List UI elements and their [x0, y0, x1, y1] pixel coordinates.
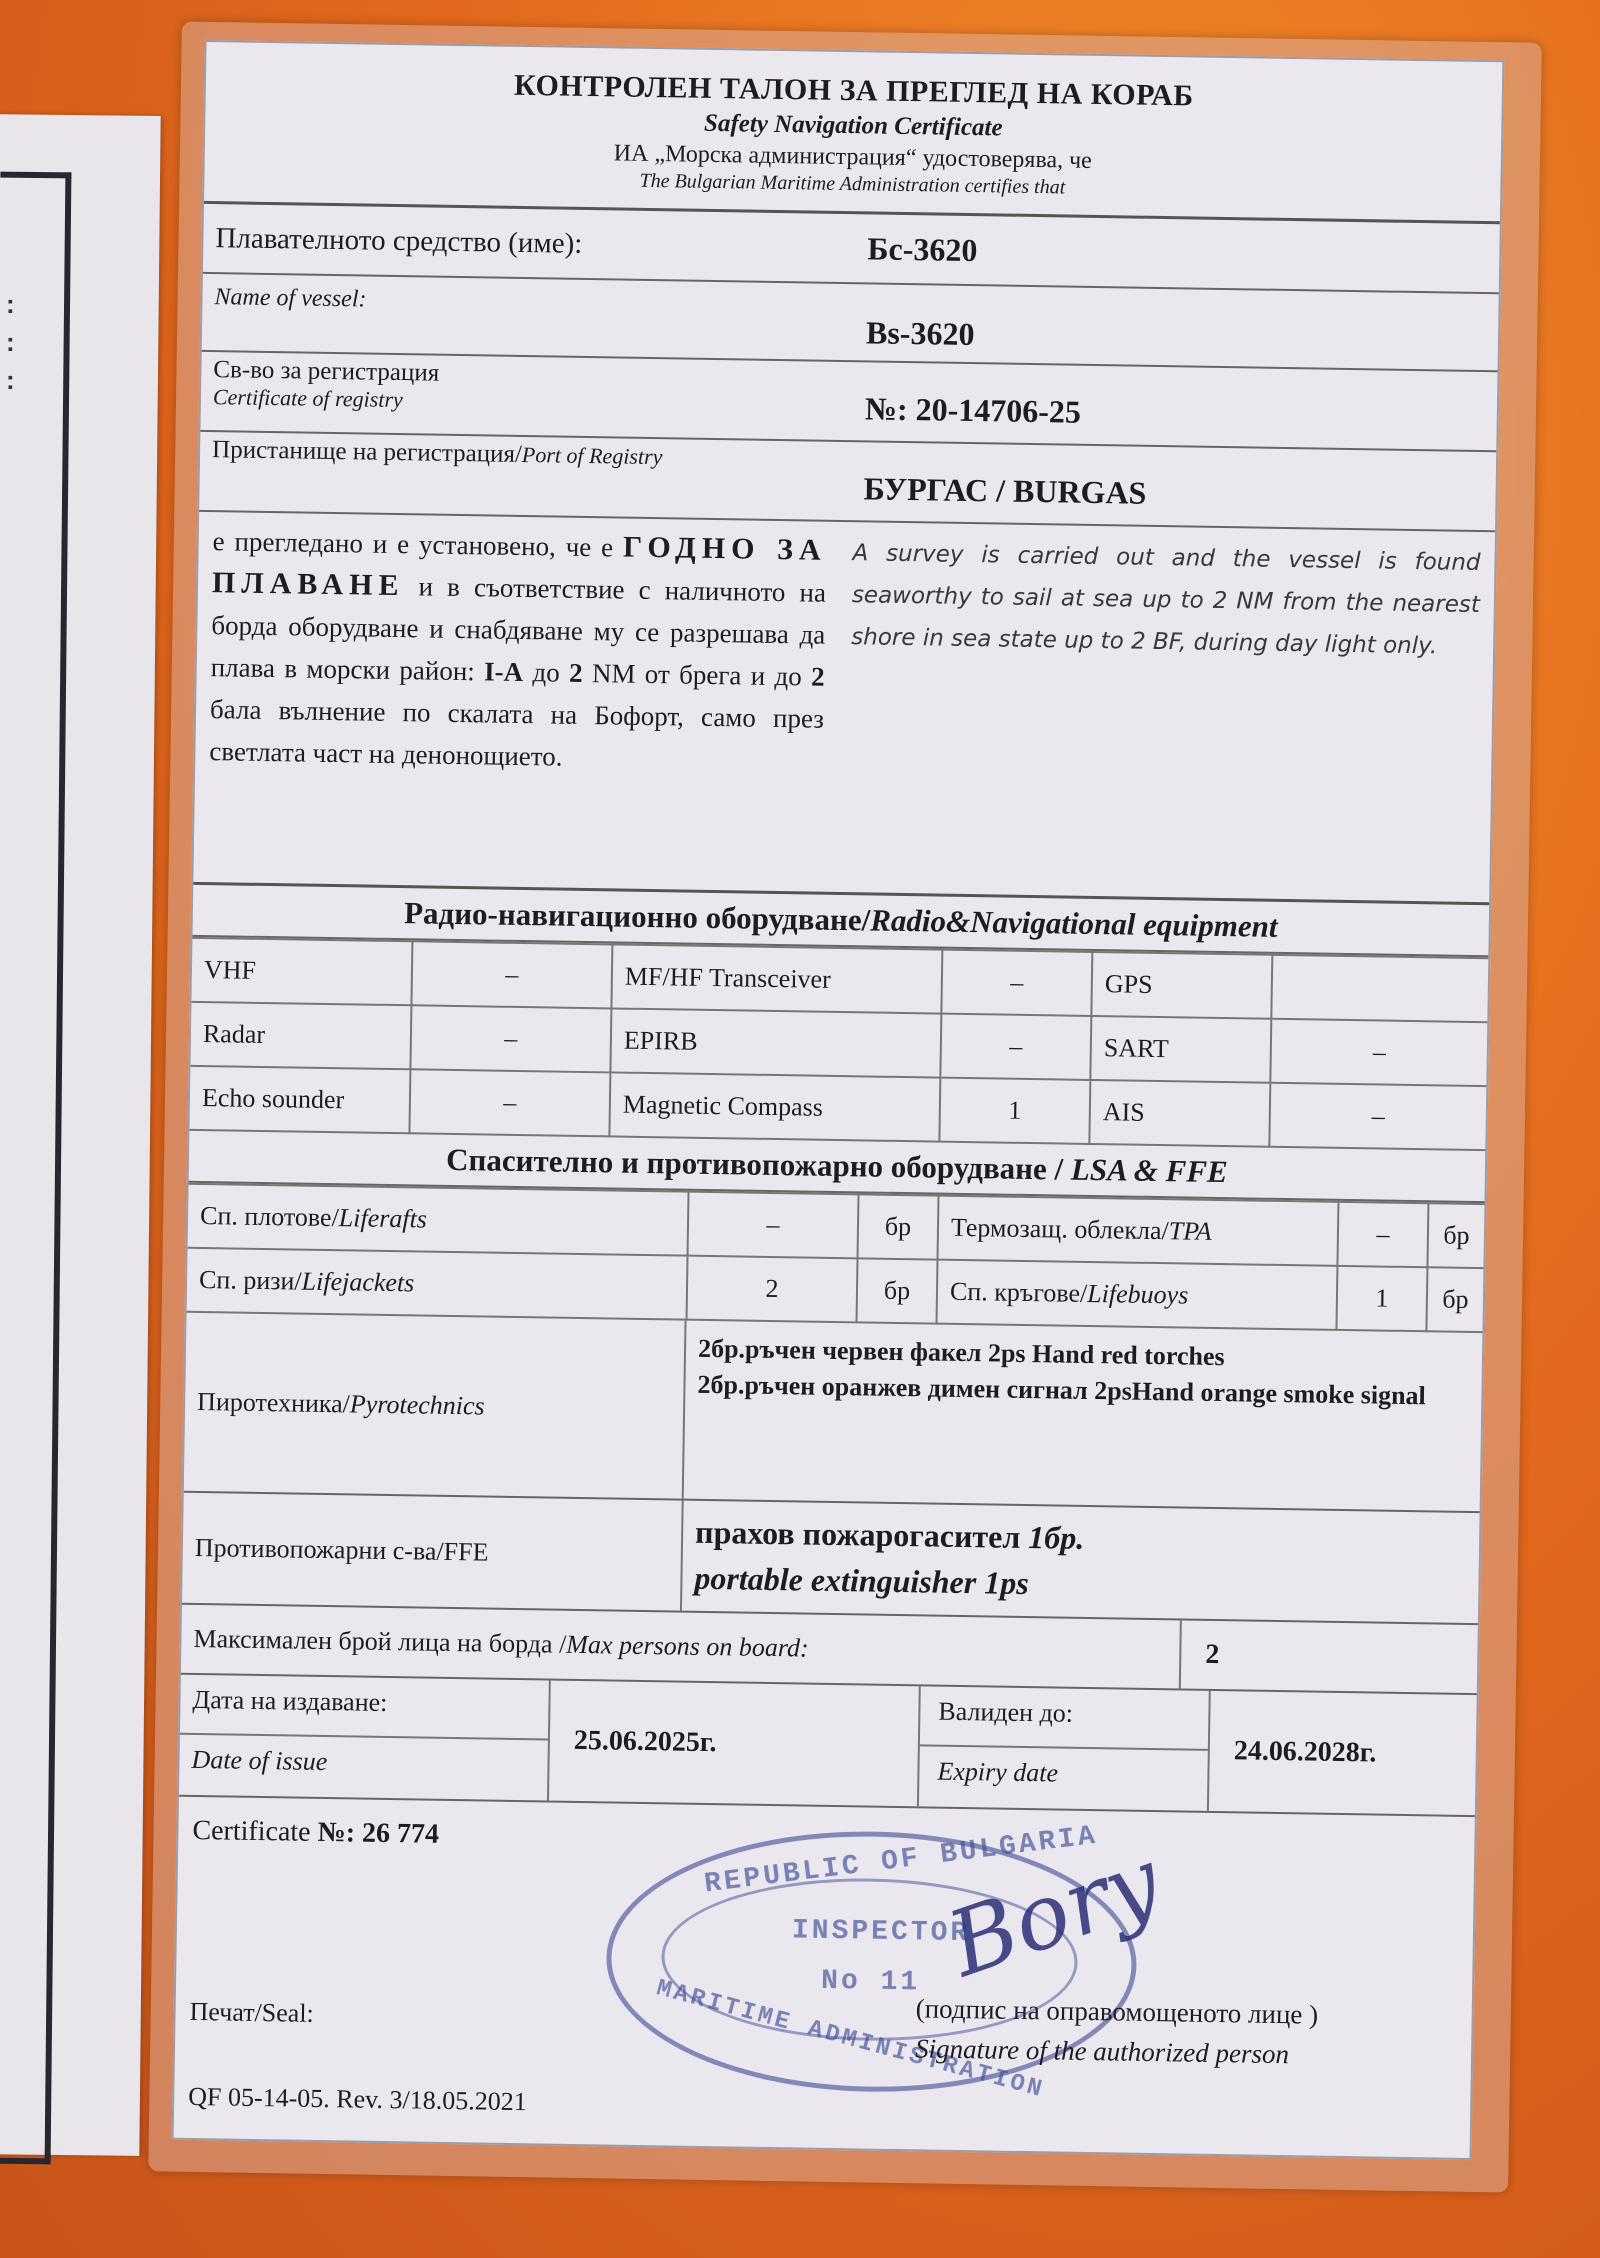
lsa-item-qty: –: [688, 1192, 859, 1259]
max-persons-value: 2: [1181, 1638, 1219, 1671]
lsa-item-unit: бр: [1426, 1267, 1483, 1332]
certificate-footer: Certificate №: 26 774 REPUBLIC OF BULGAR…: [174, 1797, 1475, 2157]
seal-label: Печат/Seal:: [189, 1997, 314, 2029]
radio-nav-table: VHF–MF/HF Transceiver–GPSRadar–EPIRB–SAR…: [189, 937, 1488, 1151]
lsa-item-name: Сп. плотове/Liferafts: [188, 1184, 689, 1256]
lsa-item-name: Сп. кръгове/Lifebuoys: [937, 1260, 1338, 1330]
issue-date-label-en: Date of issue: [179, 1735, 548, 1791]
stamp-number-text: No 11: [821, 1966, 920, 1999]
equipment-qty: –: [941, 950, 1092, 1016]
issue-date: 25.06.2025г.: [549, 1681, 921, 1807]
port-of-registry: БУРГАС / BURGAS: [863, 442, 1147, 524]
lsa-item-name: Сп. ризи/Lifejackets: [187, 1248, 688, 1320]
equipment-name: VHF: [191, 938, 412, 1005]
ffe-label: Противопожарни с-ва/FFE: [182, 1493, 684, 1611]
certificate-header: КОНТРОЛЕН ТАЛОН ЗА ПРЕГЛЕД НА КОРАБ Safe…: [204, 42, 1502, 224]
signature-label-bg: (подпис на оправомощеното лице ): [915, 1993, 1318, 2030]
survey-statement: е прегледано и е установено, че е ГОДНО …: [193, 512, 1495, 905]
background-text-fragment: :::: [6, 285, 15, 399]
signature-label-en: Signature of the authorized person: [915, 2033, 1289, 2070]
lsa-item-name: Термозащ. облекла/TPA: [938, 1196, 1339, 1266]
survey-text-en: A survey is carried out and the vessel i…: [833, 522, 1495, 902]
vessel-name-label-en: Name of vessel:: [202, 274, 867, 360]
pyrotechnics-label-bg: Пиротехника/: [197, 1387, 350, 1419]
expiry-label-en: Expiry date: [919, 1746, 1208, 1801]
max-persons-label-bg: Максимален брой лица на борда /: [193, 1624, 566, 1660]
ffe-row: Противопожарни с-ва/FFE прахов пожарогас…: [182, 1493, 1480, 1625]
lsa-item-unit: бр: [857, 1258, 938, 1323]
equipment-qty: –: [940, 1014, 1091, 1080]
equipment-qty: –: [411, 941, 612, 1008]
expiry-label-bg: Валиден до:: [920, 1686, 1209, 1751]
lsa-item-unit: бр: [858, 1194, 939, 1259]
certificate-number: Certificate №: 26 774: [192, 1815, 439, 1851]
port-label-bg: Пристанище на регистрация/: [212, 436, 522, 468]
equipment-name: MF/HF Transceiver: [611, 944, 942, 1013]
equipment-qty: 1: [939, 1078, 1090, 1144]
equipment-qty: –: [410, 1005, 611, 1072]
issue-date-label-bg: Дата на издаване:: [180, 1675, 549, 1741]
vessel-name-label-bg: Плавателното средство (име):: [203, 217, 868, 268]
lsa-item-unit: бр: [1427, 1203, 1484, 1268]
pyrotechnics-label-en: Pyrotechnics: [350, 1389, 485, 1421]
equipment-name: Magnetic Compass: [609, 1072, 940, 1141]
equipment-qty: [1271, 955, 1488, 1022]
sea-area: I-A: [484, 656, 523, 687]
registry-number: №: 20-14706-25: [864, 362, 1081, 443]
pyrotechnics-row: Пиротехника/Pyrotechnics 2бр.ръчен черве…: [184, 1313, 1483, 1513]
lsa-table: Сп. плотове/Liferafts–брТермозащ. облекл…: [187, 1183, 1485, 1333]
lsa-item-qty: 2: [687, 1256, 858, 1323]
vessel-name-bg: Бс-3620: [867, 230, 978, 269]
dates-row: Дата на издаване: Date of issue 25.06.20…: [179, 1675, 1477, 1817]
lsa-item-qty: –: [1337, 1202, 1428, 1267]
safety-navigation-certificate: КОНТРОЛЕН ТАЛОН ЗА ПРЕГЛЕД НА КОРАБ Safe…: [172, 40, 1505, 2160]
vessel-name-en: Bs-3620: [866, 284, 976, 362]
equipment-qty: –: [1269, 1083, 1486, 1150]
equipment-qty: –: [409, 1069, 610, 1136]
lsa-item-qty: 1: [1336, 1266, 1427, 1331]
survey-text-bg: е прегледано и е установено, че е ГОДНО …: [193, 512, 839, 892]
expiry-date: 24.06.2028г.: [1209, 1691, 1477, 1815]
port-label-en: Port of Registry: [522, 442, 663, 469]
equipment-name: EPIRB: [610, 1008, 941, 1077]
equipment-name: SART: [1090, 1016, 1271, 1083]
form-reference: QF 05-14-05. Rev. 3/18.05.2021: [188, 2082, 527, 2117]
equipment-name: Radar: [190, 1002, 411, 1069]
equipment-qty: –: [1270, 1019, 1487, 1086]
equipment-name: GPS: [1091, 952, 1272, 1019]
max-persons-label-en: Max persons on board:: [566, 1630, 809, 1664]
equipment-name: Echo sounder: [189, 1066, 410, 1133]
equipment-name: AIS: [1089, 1080, 1270, 1147]
